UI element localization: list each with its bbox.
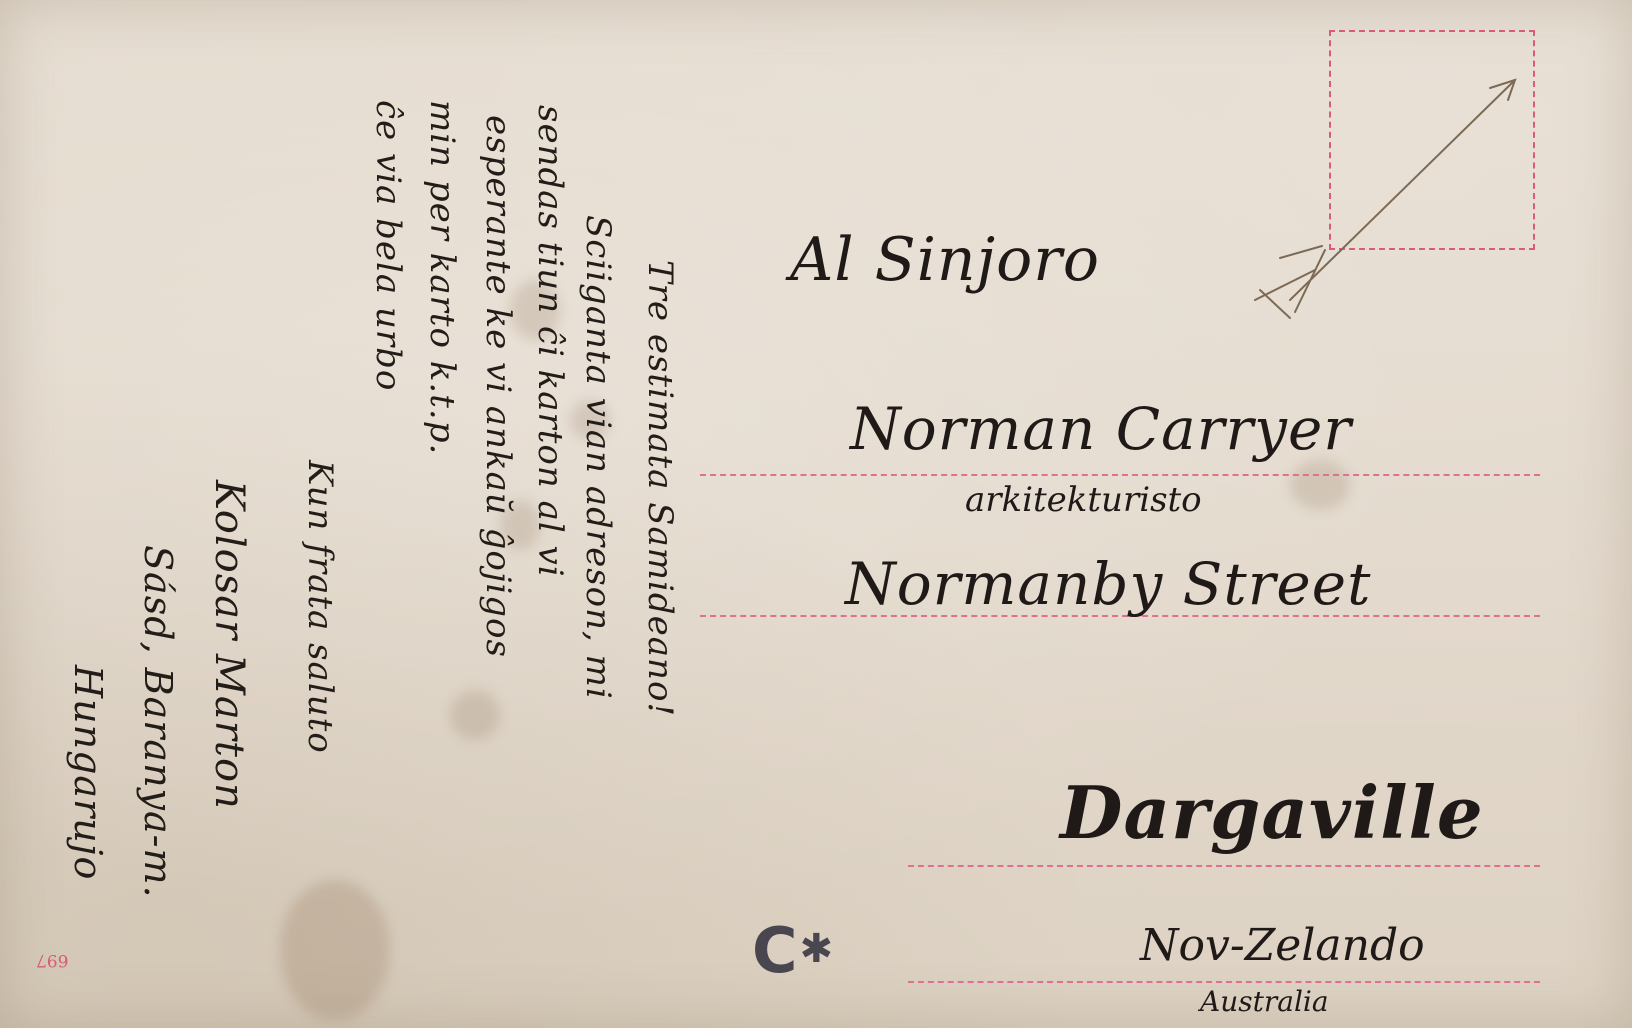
address-city: Dargaville xyxy=(1060,770,1484,855)
message-line-10: Hungarujo xyxy=(66,665,110,880)
address-recipient-name: Norman Carryer xyxy=(850,395,1352,463)
publisher-mark-letter: C xyxy=(752,914,798,987)
address-salutation: Al Sinjoro xyxy=(790,225,1100,295)
address-guide-line xyxy=(908,981,1540,983)
star-icon: ✱ xyxy=(800,926,834,972)
message-line-3: sendas tiun ĉi karton al vi xyxy=(530,105,570,578)
address-recipient-title: arkitekturisto xyxy=(965,480,1202,520)
message-line-4: esperante ke vi ankaŭ ĝojigos xyxy=(478,115,518,658)
address-country: Nov-Zelando xyxy=(1140,920,1425,971)
message-line-2: Sciiganta vian adreson, mi xyxy=(578,215,618,700)
publisher-mark: C✱ xyxy=(752,920,833,982)
serial-number: 697 xyxy=(36,950,68,970)
message-line-8: Kolosar Marton xyxy=(206,480,252,810)
address-region-note: Australia xyxy=(1200,985,1329,1018)
address-street: Normanby Street xyxy=(845,550,1371,618)
postcard: Al Sinjoro Norman Carryer arkitekturisto… xyxy=(0,0,1632,1028)
message-line-9: Sásd, Baranya-m. xyxy=(136,545,180,899)
message-line-1: Tre estimata Samideano! xyxy=(640,260,680,717)
address-guide-line xyxy=(908,865,1540,867)
address-guide-line xyxy=(700,474,1540,476)
message-line-7: Kun frata saluto xyxy=(300,460,340,754)
message-line-5: min per karto k.t.p. xyxy=(422,100,462,455)
message-line-6: ĉe via bela urbo xyxy=(368,100,408,391)
